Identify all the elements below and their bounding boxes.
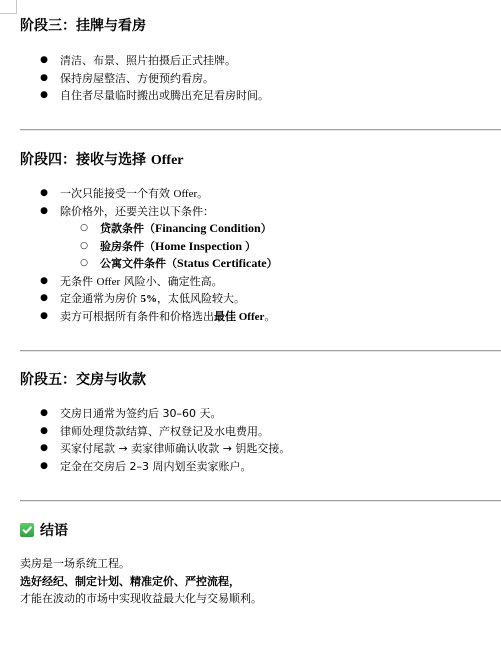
list-item-text: 定金通常为房价 <box>60 292 141 305</box>
bullet-disc-icon: ● <box>39 308 49 326</box>
bullet-disc-icon: ● <box>39 405 49 423</box>
bullet-disc-icon: ● <box>39 290 49 308</box>
sub-list-item: ○公寓文件条件（Status Certificate） <box>20 255 501 273</box>
check-mark-button-icon <box>20 523 34 537</box>
section-conclusion: 结语 卖房是一场系统工程。 选好经纪、制定计划、精准定价、严控流程， 才能在波动… <box>20 521 501 608</box>
section-stage-3: 阶段三：挂牌与看房 ●清洁、布景、照片拍摄后正式挂牌。 ●保持房屋整洁、方便预约… <box>20 16 501 105</box>
section-heading-conclusion: 结语 <box>20 521 501 541</box>
list-item-text: 买家付尾款 → 卖家律师确认收款 → 钥匙交接。 <box>60 442 290 455</box>
bullet-circle-icon: ○ <box>79 220 89 238</box>
list-item: ●保持房屋整洁、方便预约看房。 <box>20 70 501 88</box>
conclusion-line-2: 选好经纪、制定计划、精准定价、严控流程， <box>20 573 501 591</box>
list-item: ●清洁、布景、照片拍摄后正式挂牌。 <box>20 52 501 70</box>
sub-item-text: 贷款条件（Financing Condition） <box>100 222 272 235</box>
list-item: ●无条件 Offer 风险小、确定性高。 <box>20 273 501 291</box>
list-item-text-bold: 5% <box>141 293 158 305</box>
list-item-text-end: 。 <box>197 187 208 200</box>
sub-item-text: 公寓文件条件（Status Certificate） <box>100 257 278 270</box>
sub-item-en: Financing Condition <box>155 221 261 235</box>
list-item-text-latin: Offer <box>174 188 198 200</box>
bullet-disc-icon: ● <box>39 423 49 441</box>
list-item: ●买家付尾款 → 卖家律师确认收款 → 钥匙交接。 <box>20 440 501 458</box>
list-item-text-end: 。 <box>264 310 275 323</box>
stage-4-list: ●一次只能接受一个有效 Offer。 ●除价格外，还要关注以下条件： ○贷款条件… <box>20 185 501 325</box>
list-item-text: 无条件 <box>60 275 97 288</box>
bullet-disc-icon: ● <box>39 52 49 70</box>
sub-item-en: Home Inspection <box>155 239 245 253</box>
divider <box>20 350 501 352</box>
list-item-text-end: 风险小、确定性高。 <box>120 275 223 288</box>
sub-list-item: ○贷款条件（Financing Condition） <box>20 220 501 238</box>
bullet-disc-icon: ● <box>39 87 49 105</box>
list-item-text-bold: 最佳 Offer <box>214 311 264 323</box>
list-item: ●一次只能接受一个有效 Offer。 <box>20 185 501 203</box>
sub-item-text: 验房条件（Home Inspection ） <box>100 240 256 253</box>
conclusion-line-1: 卖房是一场系统工程。 <box>20 555 501 573</box>
bullet-disc-icon: ● <box>39 440 49 458</box>
bullet-circle-icon: ○ <box>79 238 89 256</box>
list-item-text: 交房日通常为签约后 30–60 天。 <box>60 407 222 420</box>
sub-item-cn: 贷款条件（ <box>100 222 155 235</box>
list-item-text-latin: Offer <box>97 276 121 288</box>
list-item-text: 自住者尽量临时搬出或腾出充足看房时间。 <box>60 89 269 102</box>
heading-text: 结语 <box>40 523 68 539</box>
conclusion-line-3: 才能在波动的市场中实现收益最大化与交易顺利。 <box>20 590 501 608</box>
sub-list-item: ○验房条件（Home Inspection ） <box>20 238 501 256</box>
sub-item-end: ） <box>261 222 272 235</box>
sub-item-end: ） <box>267 257 278 270</box>
list-item: ●律师处理贷款结算、产权登记及水电费用。 <box>20 423 501 441</box>
bullet-disc-icon: ● <box>39 70 49 88</box>
list-item: ●卖方可根据所有条件和价格选出最佳 Offer。 <box>20 308 501 326</box>
list-item: ●定金在交房后 2–3 周内划至卖家账户。 <box>20 458 501 476</box>
list-item: ●定金通常为房价 5%，太低风险较大。 <box>20 290 501 308</box>
section-stage-4: 阶段四：接收与选择 Offer ●一次只能接受一个有效 Offer。 ●除价格外… <box>20 150 501 325</box>
window-corner-frame <box>0 0 17 14</box>
bullet-circle-icon: ○ <box>79 255 89 273</box>
list-item: ●除价格外，还要关注以下条件： <box>20 203 501 221</box>
list-item-text-end: ，太低风险较大。 <box>157 292 245 305</box>
stage-3-list: ●清洁、布景、照片拍摄后正式挂牌。 ●保持房屋整洁、方便预约看房。 ●自住者尽量… <box>20 52 501 105</box>
list-item-text: 卖方可根据所有条件和价格选出 <box>60 310 214 323</box>
divider <box>20 129 501 131</box>
section-heading-stage-3: 阶段三：挂牌与看房 <box>20 16 501 36</box>
section-heading-stage-4: 阶段四：接收与选择 Offer <box>20 150 501 170</box>
list-item-text: 定金在交房后 2–3 周内划至卖家账户。 <box>60 460 252 473</box>
list-item-text: 律师处理贷款结算、产权登记及水电费用。 <box>60 425 269 438</box>
list-item-text: 保持房屋整洁、方便预约看房。 <box>60 72 214 85</box>
bullet-disc-icon: ● <box>39 185 49 203</box>
heading-text-latin: Offer <box>151 153 184 168</box>
sub-item-cn: 验房条件（ <box>100 240 155 253</box>
list-item-text: 除价格外，还要关注以下条件： <box>60 205 214 218</box>
bullet-disc-icon: ● <box>39 203 49 221</box>
heading-text: 阶段四：接收与选择 <box>20 152 151 168</box>
list-item: ●自住者尽量临时搬出或腾出充足看房时间。 <box>20 87 501 105</box>
list-item-text: 清洁、布景、照片拍摄后正式挂牌。 <box>60 54 236 67</box>
list-item: ●交房日通常为签约后 30–60 天。 <box>20 405 501 423</box>
section-heading-stage-5: 阶段五：交房与收款 <box>20 370 501 390</box>
sub-item-en: Status Certificate <box>177 256 267 270</box>
bullet-disc-icon: ● <box>39 458 49 476</box>
sub-item-cn: 公寓文件条件（ <box>100 257 177 270</box>
section-stage-5: 阶段五：交房与收款 ●交房日通常为签约后 30–60 天。 ●律师处理贷款结算、… <box>20 370 501 475</box>
conclusion-paragraph: 卖房是一场系统工程。 选好经纪、制定计划、精准定价、严控流程， 才能在波动的市场… <box>20 555 501 608</box>
stage-5-list: ●交房日通常为签约后 30–60 天。 ●律师处理贷款结算、产权登记及水电费用。… <box>20 405 501 475</box>
list-item-text: 一次只能接受一个有效 <box>60 187 174 200</box>
divider <box>20 500 501 502</box>
sub-item-end: ） <box>245 240 256 253</box>
bullet-disc-icon: ● <box>39 273 49 291</box>
